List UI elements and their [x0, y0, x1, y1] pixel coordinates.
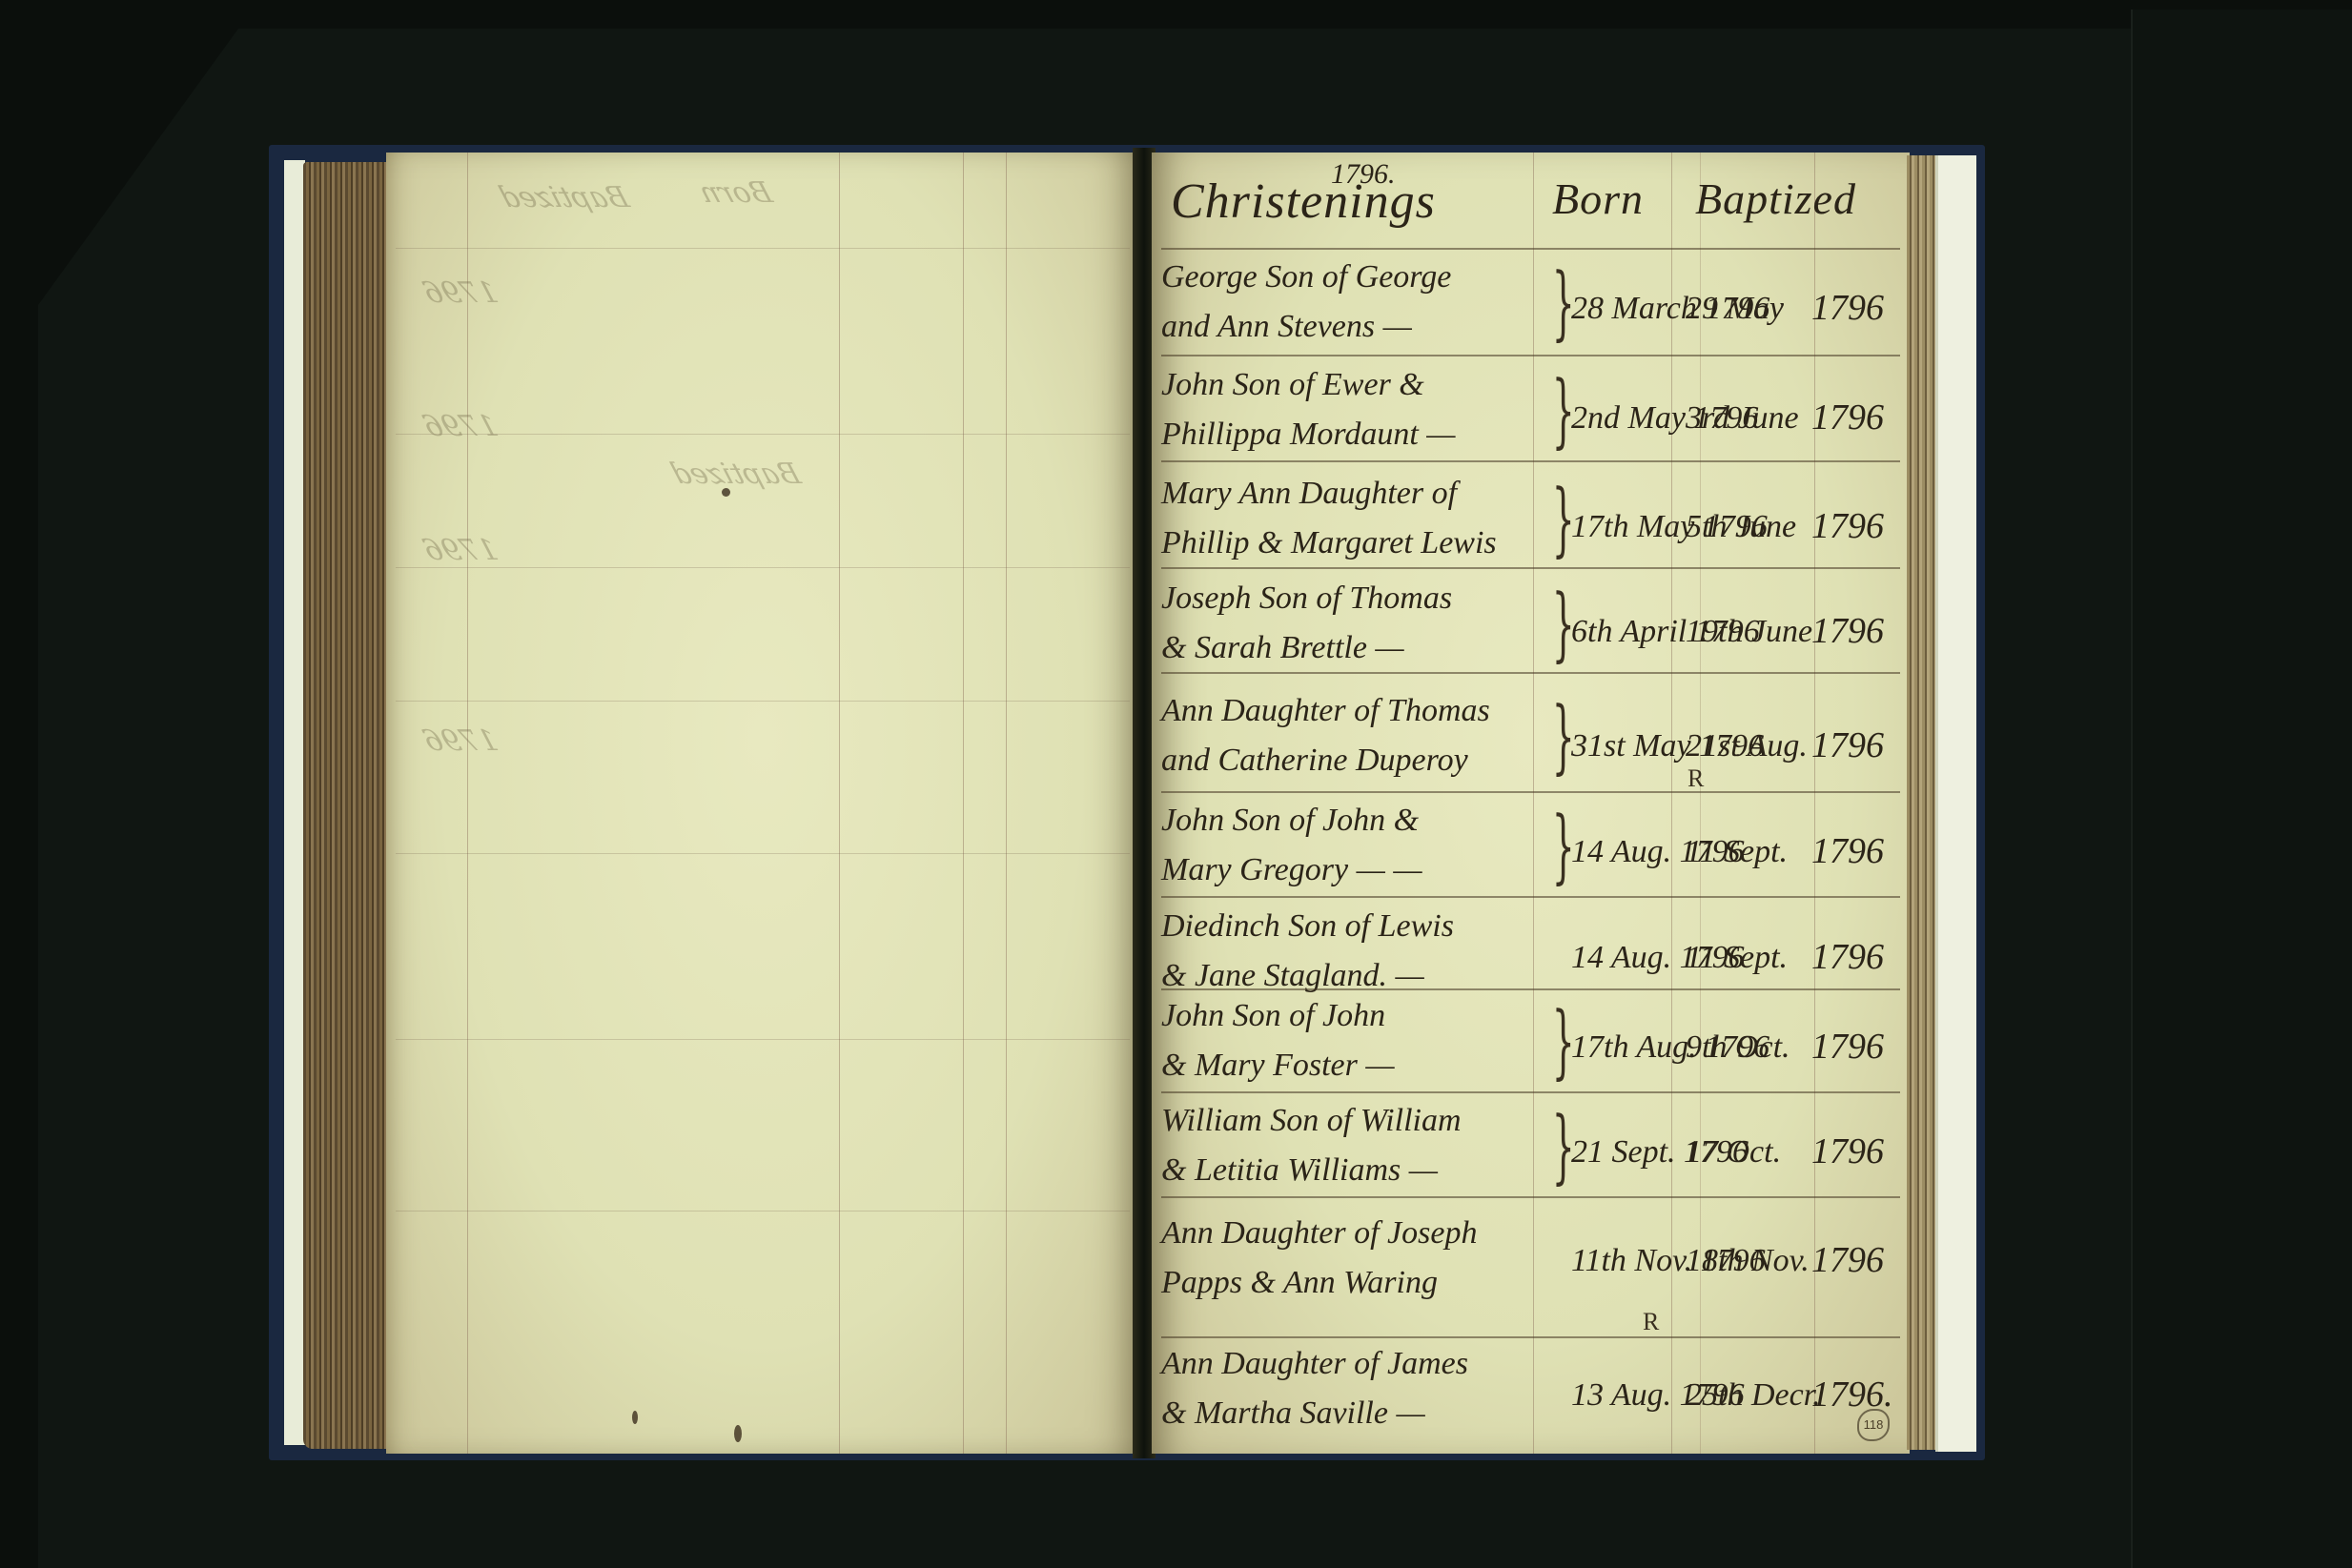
entry-baptized-date: 3rd June: [1686, 400, 1799, 437]
entry-baptized-year: 1796: [1811, 830, 1884, 872]
entry-names: Ann Daughter of James: [1161, 1339, 1543, 1389]
background-board-right: [2131, 10, 2352, 1568]
entry-baptized-year: 1796: [1811, 287, 1884, 329]
ruled-row-line: [396, 434, 1130, 435]
entry-names: Mary Ann Daughter of: [1161, 469, 1543, 519]
entry-baptized-year: 1796: [1811, 397, 1884, 438]
entry-baptized-year: 1796: [1811, 610, 1884, 652]
entry-names: George Son of George: [1161, 253, 1543, 302]
entry-baptized-date: 5th June: [1686, 509, 1796, 545]
entry-baptized-date: 11 Sept.: [1686, 834, 1788, 870]
ruled-row-line: [396, 567, 1130, 568]
bleed-through-text: 1796: [419, 276, 502, 310]
bleed-through-text: Born: [695, 176, 776, 210]
entry-baptized-date: 17 Oct.: [1686, 1134, 1781, 1171]
bleed-through-text: Baptized: [666, 458, 805, 491]
margin-mark-r: R: [1643, 1308, 1659, 1336]
column-header-born: Born: [1552, 173, 1644, 224]
entry-baptized-year: 1796: [1811, 936, 1884, 978]
right-page-register: 1796. Christenings Born Baptized George …: [1152, 153, 1910, 1454]
entry-names: Ann Daughter of Thomas: [1161, 686, 1543, 736]
row-rule: [1161, 1196, 1900, 1198]
entry-names: John Son of Ewer &: [1161, 360, 1543, 410]
entry-baptized-date: 18th Nov.: [1686, 1243, 1810, 1279]
entry-baptized-date: 21st Aug.: [1686, 728, 1808, 764]
entry-baptized-year: 1796: [1811, 505, 1884, 547]
flyleaf-right: [1935, 155, 1976, 1452]
entry-parents: and Catherine Duperoy: [1161, 736, 1543, 785]
entry-names: Joseph Son of Thomas: [1161, 574, 1543, 623]
bleed-through-text: 1796: [419, 534, 502, 567]
folio-stamp: 118: [1857, 1409, 1890, 1441]
entry-baptized-year: 1796: [1811, 1239, 1884, 1281]
entry-baptized-year: 1796: [1811, 724, 1884, 766]
row-rule: [1161, 896, 1900, 898]
left-page: Born Baptized 1796 1796 1796 1796 Baptiz…: [386, 153, 1139, 1454]
ruled-row-line: [396, 853, 1130, 854]
ink-spot: [722, 488, 730, 497]
bleed-through-text: Baptized: [495, 181, 633, 214]
row-rule: [1161, 672, 1900, 674]
entry-parents: Mary Gregory — —: [1161, 845, 1543, 895]
entry-baptized-date: 25th Decr.: [1686, 1377, 1821, 1414]
entry-names: John Son of John: [1161, 991, 1543, 1041]
entry-parents: & Mary Foster —: [1161, 1041, 1543, 1090]
entry-names: Ann Daughter of Joseph: [1161, 1209, 1543, 1258]
entry-names: Diedinch Son of Lewis: [1161, 902, 1543, 951]
page-block-left: [303, 162, 391, 1449]
entry-baptized-date: 9th Oct.: [1686, 1029, 1790, 1066]
margin-mark-r: R: [1687, 764, 1704, 793]
entry-baptized-year: 1796: [1811, 1026, 1884, 1068]
row-rule: [1161, 791, 1900, 793]
ruled-column-line: [839, 153, 840, 1454]
entry-parents: Papps & Ann Waring: [1161, 1258, 1543, 1308]
bleed-through-text: 1796: [419, 410, 502, 443]
ruled-column-line: [963, 153, 964, 1454]
entry-baptized-date: 19th June: [1686, 614, 1812, 650]
ink-spot: [632, 1411, 638, 1424]
header-rule: [1161, 248, 1900, 250]
entry-parents: & Martha Saville —: [1161, 1389, 1543, 1438]
entry-baptized-date: 29 May: [1686, 291, 1784, 327]
row-rule: [1161, 1091, 1900, 1093]
ruled-row-line: [396, 701, 1130, 702]
entry-baptized-date: 11 Sept.: [1686, 940, 1788, 976]
entry-parents: & Sarah Brettle —: [1161, 623, 1543, 673]
row-rule: [1161, 355, 1900, 356]
page-block-right: [1907, 155, 1935, 1450]
ruled-row-line: [396, 1039, 1130, 1040]
ruled-column-line: [1006, 153, 1007, 1454]
column-header-christenings: Christenings: [1171, 173, 1436, 230]
ruled-row-line: [396, 248, 1130, 249]
entry-parents: Phillip & Margaret Lewis: [1161, 519, 1543, 568]
ink-spot: [734, 1425, 742, 1442]
row-rule: [1161, 1336, 1900, 1338]
bleed-through-text: 1796: [419, 724, 502, 758]
entry-parents: and Ann Stevens —: [1161, 302, 1543, 352]
entry-names: John Son of John &: [1161, 796, 1543, 845]
column-header-baptized: Baptized: [1695, 173, 1856, 224]
ruled-column-line: [467, 153, 468, 1454]
entry-parents: Phillippa Mordaunt —: [1161, 410, 1543, 459]
ruled-row-line: [396, 1211, 1130, 1212]
entry-parents: & Letitia Williams —: [1161, 1146, 1543, 1195]
flyleaf-left: [284, 160, 305, 1445]
row-rule: [1161, 460, 1900, 462]
entry-baptized-year: 1796: [1811, 1130, 1884, 1172]
row-rule: [1161, 567, 1900, 569]
row-rule: [1161, 988, 1900, 990]
entry-names: William Son of William: [1161, 1096, 1543, 1146]
